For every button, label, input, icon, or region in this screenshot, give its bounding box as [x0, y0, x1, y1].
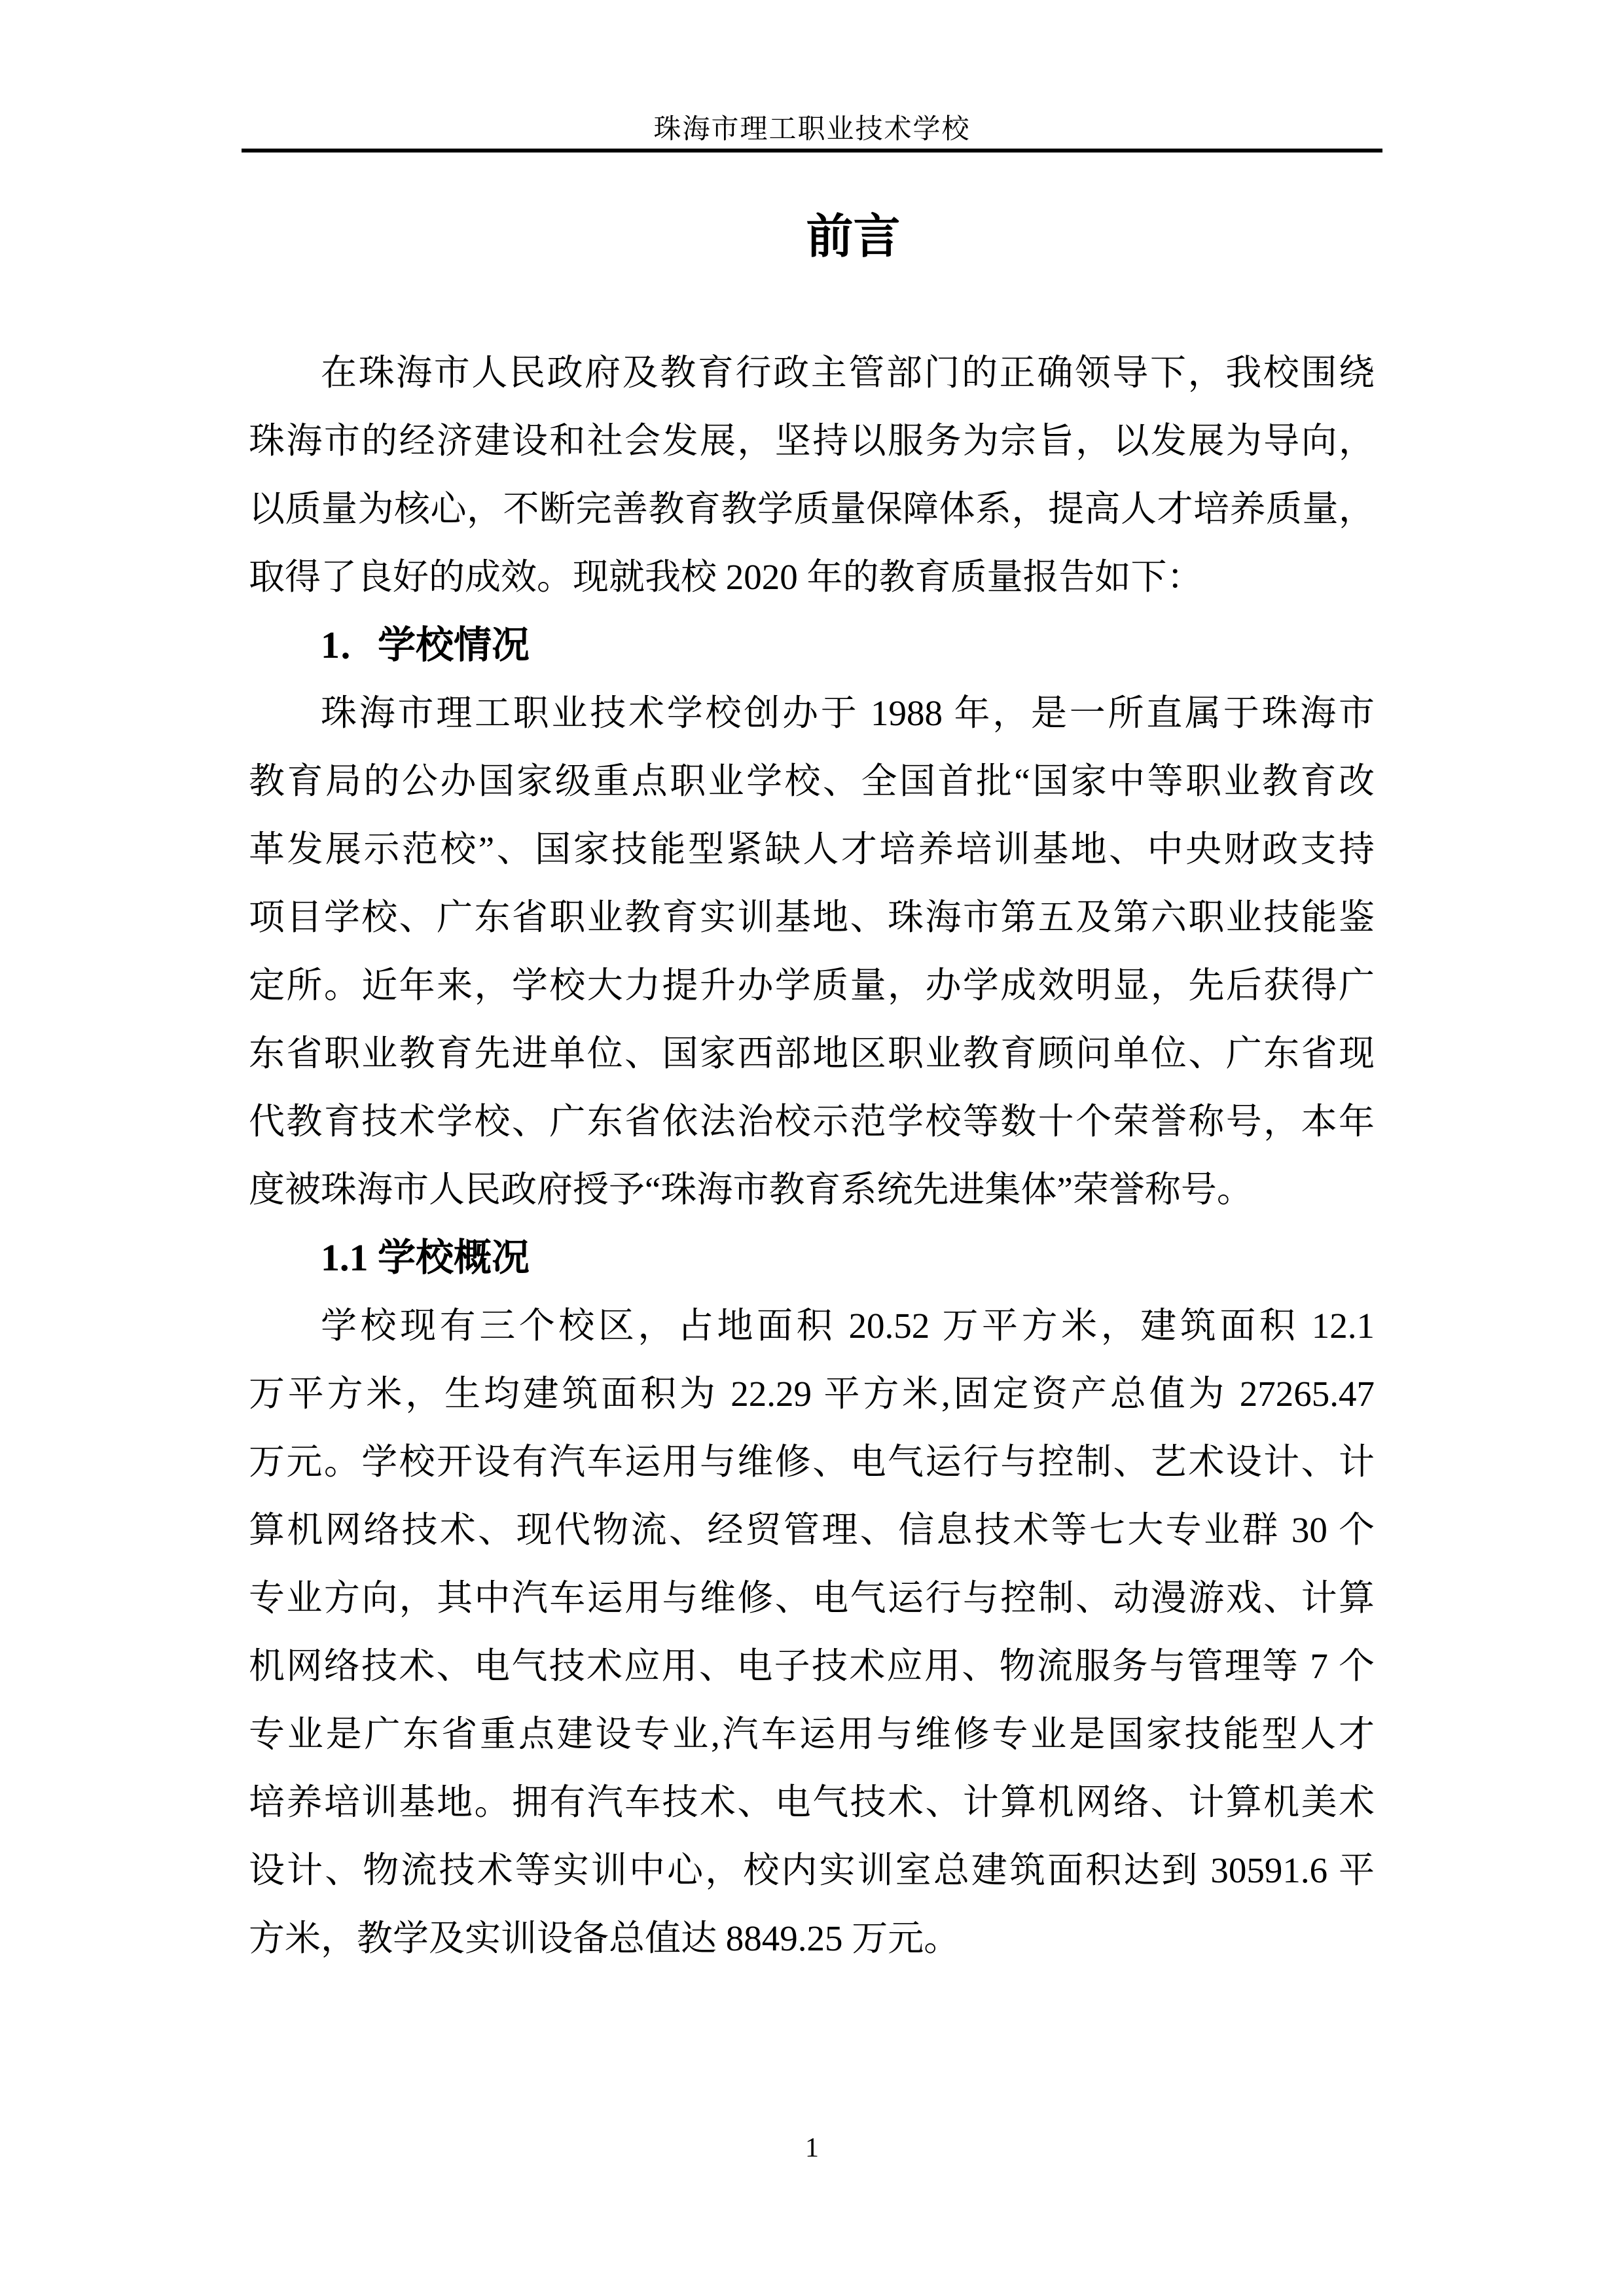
- document-page: { "header": { "school_name": "珠海市理工职业技术学…: [0, 0, 1624, 2296]
- paragraph-line: 算机网络技术、现代物流、经贸管理、信息技术等七大专业群 30 个: [249, 1496, 1375, 1564]
- paragraph-line: 教育局的公办国家级重点职业学校、全国首批“国家中等职业教育改: [249, 747, 1375, 816]
- document-title: 前言: [0, 207, 1624, 267]
- header-divider-rule: [242, 149, 1382, 152]
- paragraph-line: 设计、物流技术等实训中心，校内实训室总建筑面积达到 30591.6 平: [249, 1837, 1375, 1905]
- paragraph-line: 项目学校、广东省职业教育实训基地、珠海市第五及第六职业技能鉴: [249, 884, 1375, 952]
- paragraph-line: 以质量为核心，不断完善教育教学质量保障体系，提高人才培养质量，: [249, 475, 1375, 543]
- paragraph-line: 专业是广东省重点建设专业,汽车运用与维修专业是国家技能型人才: [249, 1700, 1375, 1768]
- paragraph-line: 代教育技术学校、广东省依法治校示范学校等数十个荣誉称号，本年: [249, 1088, 1375, 1156]
- paragraph-line: 方米，教学及实训设备总值达 8849.25 万元。: [249, 1905, 1375, 1973]
- paragraph-line: 培养培训基地。拥有汽车技术、电气技术、计算机网络、计算机美术: [249, 1768, 1375, 1837]
- section-heading-school-overview: 1.1 学校概况: [249, 1224, 1375, 1292]
- page-header-school-name: 珠海市理工职业技术学校: [0, 111, 1624, 148]
- paragraph-line: 珠海市的经济建设和社会发展，坚持以服务为宗旨，以发展为导向，: [249, 407, 1375, 475]
- paragraph-line: 革发展示范校”、国家技能型紧缺人才培养培训基地、中央财政支持: [249, 816, 1375, 884]
- paragraph-line: 东省职业教育先进单位、国家西部地区职业教育顾问单位、广东省现: [249, 1020, 1375, 1088]
- paragraph-line: 机网络技术、电气技术应用、电子技术应用、物流服务与管理等 7 个: [249, 1632, 1375, 1700]
- paragraph-line: 专业方向，其中汽车运用与维修、电气运行与控制、动漫游戏、计算: [249, 1564, 1375, 1632]
- page-number: 1: [0, 2128, 1624, 2168]
- paragraph-line: 度被珠海市人民政府授予“珠海市教育系统先进集体”荣誉称号。: [249, 1156, 1375, 1224]
- paragraph-line: 取得了良好的成效。现就我校 2020 年的教育质量报告如下：: [249, 543, 1375, 611]
- paragraph-line: 定所。近年来，学校大力提升办学质量，办学成效明显，先后获得广: [249, 952, 1375, 1020]
- paragraph-line: 学校现有三个校区，占地面积 20.52 万平方米，建筑面积 12.1: [249, 1292, 1375, 1360]
- document-body: 在珠海市人民政府及教育行政主管部门的正确领导下，我校围绕 珠海市的经济建设和社会…: [249, 339, 1375, 1973]
- paragraph-line: 在珠海市人民政府及教育行政主管部门的正确领导下，我校围绕: [249, 339, 1375, 407]
- paragraph-line: 万平方米，生均建筑面积为 22.29 平方米,固定资产总值为 27265.47: [249, 1360, 1375, 1428]
- paragraph-line: 万元。学校开设有汽车运用与维修、电气运行与控制、艺术设计、计: [249, 1428, 1375, 1496]
- section-heading-school-situation: 1．学校情况: [249, 611, 1375, 679]
- paragraph-line: 珠海市理工职业技术学校创办于 1988 年，是一所直属于珠海市: [249, 679, 1375, 747]
